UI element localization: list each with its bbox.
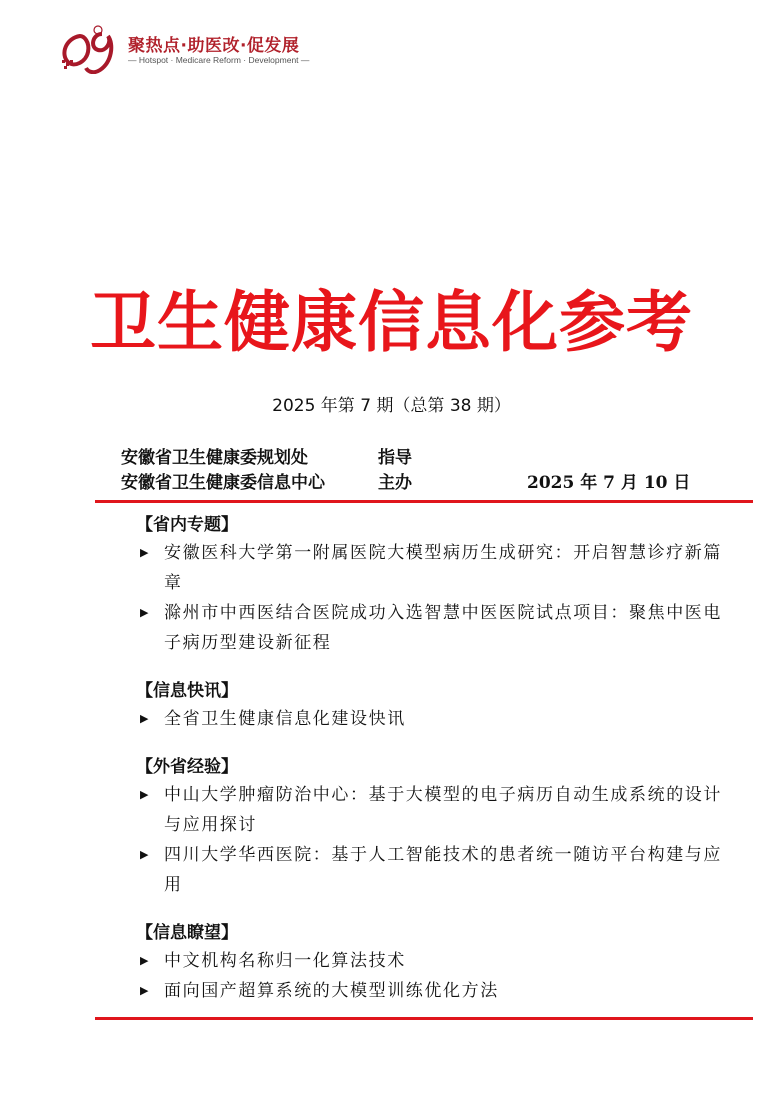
toc-item-text: 安徽医科大学第一附属医院大模型病历生成研究：开启智慧诊疗新篇章 <box>164 543 722 593</box>
toc-item[interactable]: ▶ 中文机构名称归一化算法技术 <box>137 946 737 976</box>
toc-item-text: 四川大学华西医院：基于人工智能技术的患者统一随访平台构建与应用 <box>164 845 722 895</box>
triangle-bullet-icon: ▶ <box>140 538 150 568</box>
toc-item[interactable]: ▶ 安徽医科大学第一附属医院大模型病历生成研究：开启智慧诊疗新篇章 <box>137 538 737 598</box>
org-role: 指导 <box>378 443 412 468</box>
publisher-logo: 聚热点·助医改·促发展 — Hotspot · Medicare Reform … <box>58 22 328 74</box>
table-of-contents: 【省内专题】 ▶ 安徽医科大学第一附属医院大模型病历生成研究：开启智慧诊疗新篇章… <box>137 512 737 1026</box>
org-name: 安徽省卫生健康委信息中心 <box>121 473 325 493</box>
toc-item-text: 面向国产超算系统的大模型训练优化方法 <box>164 981 499 1001</box>
issue-number: 2025 年第 7 期（总第 38 期） <box>0 391 783 416</box>
divider-top <box>95 500 753 503</box>
logo-slogan-cn: 聚热点·助医改·促发展 <box>128 31 299 56</box>
section-other-provinces: 【外省经验】 ▶ 中山大学肿瘤防治中心：基于大模型的电子病历自动生成系统的设计与… <box>137 754 737 900</box>
section-news: 【信息快讯】 ▶ 全省卫生健康信息化建设快讯 <box>137 678 737 734</box>
logo-slogan-en: — Hotspot · Medicare Reform · Developmen… <box>128 55 309 65</box>
logo-mark-icon <box>58 22 124 74</box>
publication-title: 卫生健康信息化参考 <box>0 282 783 362</box>
section-heading: 【外省经验】 <box>136 754 737 780</box>
triangle-bullet-icon: ▶ <box>140 840 150 870</box>
org-name: 安徽省卫生健康委规划处 <box>121 448 308 468</box>
org-guidance: 安徽省卫生健康委规划处 指导 <box>121 443 308 468</box>
triangle-bullet-icon: ▶ <box>140 976 150 1006</box>
divider-bottom <box>95 1017 753 1020</box>
triangle-bullet-icon: ▶ <box>140 598 150 628</box>
toc-item[interactable]: ▶ 全省卫生健康信息化建设快讯 <box>137 704 737 734</box>
triangle-bullet-icon: ▶ <box>140 780 150 810</box>
org-host: 安徽省卫生健康委信息中心 主办 <box>121 468 325 493</box>
toc-item[interactable]: ▶ 四川大学华西医院：基于人工智能技术的患者统一随访平台构建与应用 <box>137 840 737 900</box>
org-role: 主办 <box>378 468 412 493</box>
toc-item[interactable]: ▶ 中山大学肿瘤防治中心：基于大模型的电子病历自动生成系统的设计与应用探讨 <box>137 780 737 840</box>
toc-item-text: 全省卫生健康信息化建设快讯 <box>164 709 406 729</box>
triangle-bullet-icon: ▶ <box>140 704 150 734</box>
toc-item[interactable]: ▶ 滁州市中西医结合医院成功入选智慧中医医院试点项目：聚焦中医电子病历型建设新征… <box>137 598 737 658</box>
section-outlook: 【信息瞭望】 ▶ 中文机构名称归一化算法技术 ▶ 面向国产超算系统的大模型训练优… <box>137 920 737 1006</box>
section-heading: 【省内专题】 <box>136 512 737 538</box>
section-heading: 【信息快讯】 <box>136 678 737 704</box>
toc-item-text: 中文机构名称归一化算法技术 <box>164 951 406 971</box>
toc-item-text: 中山大学肿瘤防治中心：基于大模型的电子病历自动生成系统的设计与应用探讨 <box>164 785 722 835</box>
section-provincial: 【省内专题】 ▶ 安徽医科大学第一附属医院大模型病历生成研究：开启智慧诊疗新篇章… <box>137 512 737 658</box>
triangle-bullet-icon: ▶ <box>140 946 150 976</box>
section-heading: 【信息瞭望】 <box>136 920 737 946</box>
toc-item[interactable]: ▶ 面向国产超算系统的大模型训练优化方法 <box>137 976 737 1006</box>
publish-date: 2025 年 7 月 10 日 <box>527 468 690 493</box>
toc-item-text: 滁州市中西医结合医院成功入选智慧中医医院试点项目：聚焦中医电子病历型建设新征程 <box>164 603 722 653</box>
